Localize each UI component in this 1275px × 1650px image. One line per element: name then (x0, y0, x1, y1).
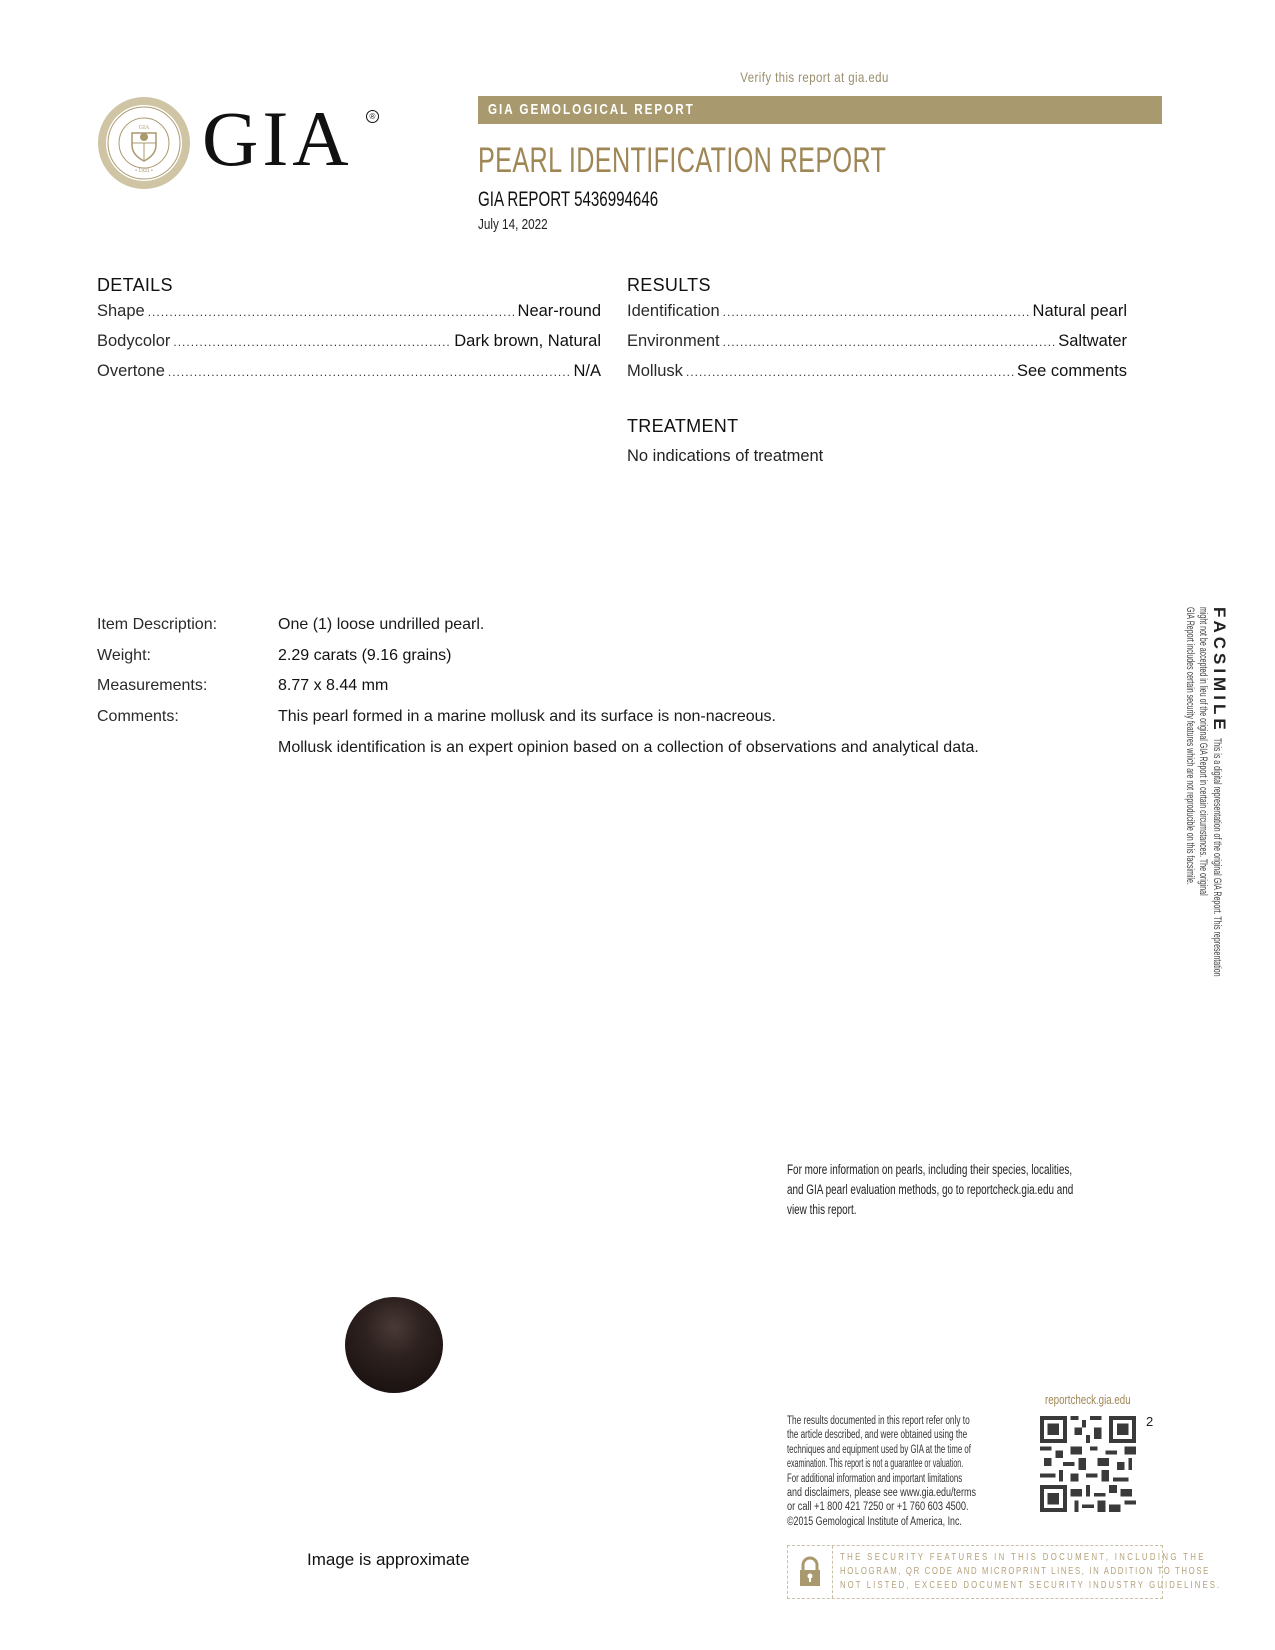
report-type-label: GIA GEMOLOGICAL REPORT (488, 101, 753, 118)
image-caption: Image is approximate (307, 1550, 470, 1570)
gia-wordmark: GIA (202, 100, 353, 178)
facsimile-word: FACSIMILE (1210, 607, 1229, 734)
measurements-row: Measurements: 8.77 x 8.44 mm (97, 677, 1097, 708)
result-row-environment: EnvironmentSaltwater (627, 332, 1127, 356)
treatment-text: No indications of treatment (627, 447, 1127, 466)
treatment-title: TREATMENT (627, 416, 1127, 437)
reportcheck-link[interactable]: reportcheck.gia.edu (1045, 1392, 1159, 1407)
qr-code-icon[interactable] (1040, 1416, 1136, 1512)
svg-text:GIA: GIA (139, 125, 150, 131)
report-title: PEARL IDENTIFICATION REPORT (478, 143, 1045, 178)
pearl-image (345, 1297, 443, 1393)
svg-text:• 1931 •: • 1931 • (135, 168, 153, 174)
results-section: RESULTS IdentificationNatural pearl Envi… (627, 275, 1127, 386)
detail-row-shape: ShapeNear-round (97, 302, 601, 326)
legal-disclaimer: The results documented in this report re… (787, 1414, 1027, 1529)
detail-row-overtone: OvertoneN/A (97, 362, 601, 386)
details-title: DETAILS (97, 275, 601, 296)
item-description-row: Item Description: One (1) loose undrille… (97, 616, 1097, 647)
result-row-identification: IdentificationNatural pearl (627, 302, 1127, 326)
more-info-text: For more information on pearls, includin… (787, 1160, 1132, 1220)
results-title: RESULTS (627, 275, 1127, 296)
facsimile-notice: FACSIMILE This is a digital representati… (1167, 607, 1229, 1047)
page-number: 2 (1146, 1414, 1153, 1429)
gia-seal-icon: GIA • 1931 • (98, 97, 190, 189)
details-section: DETAILS ShapeNear-round BodycolorDark br… (97, 275, 601, 386)
security-text: THE SECURITY FEATURES IN THIS DOCUMENT, … (840, 1550, 1240, 1592)
report-date: July 14, 2022 (478, 216, 567, 233)
treatment-section: TREATMENT No indications of treatment (627, 416, 1127, 466)
detail-row-bodycolor: BodycolorDark brown, Natural (97, 332, 601, 356)
weight-row: Weight: 2.29 carats (9.16 grains) (97, 647, 1097, 678)
result-row-mollusk: MolluskSee comments (627, 362, 1127, 386)
registered-mark: ® (366, 110, 379, 123)
comments-row: Comments: This pearl formed in a marine … (97, 708, 1097, 739)
item-info: Item Description: One (1) loose undrille… (97, 616, 1097, 769)
comments-row-2: Mollusk identification is an expert opin… (97, 739, 1097, 770)
verify-link[interactable]: Verify this report at gia.edu (0, 69, 1275, 85)
security-notice: THE SECURITY FEATURES IN THIS DOCUMENT, … (787, 1545, 1163, 1599)
report-number: GIA REPORT 5436994646 (478, 188, 728, 212)
lock-icon (788, 1546, 832, 1598)
report-type-bar: GIA GEMOLOGICAL REPORT (478, 96, 1162, 124)
